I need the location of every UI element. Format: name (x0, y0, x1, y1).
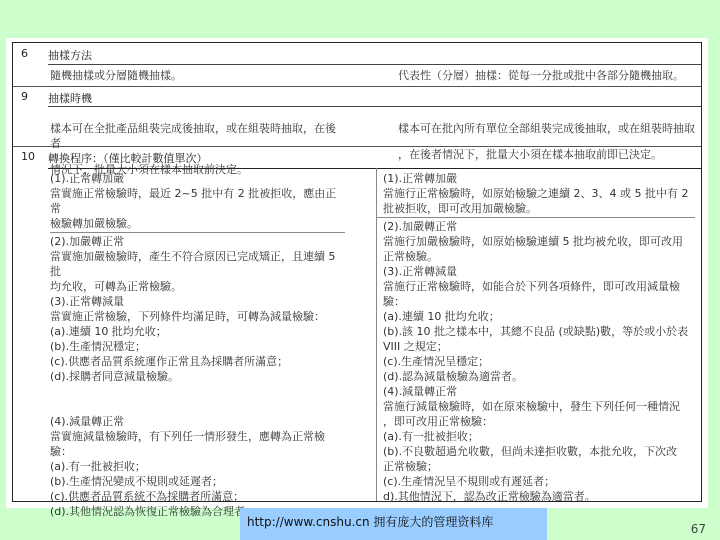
left-cell: 隨機抽樣或分層隨機抽樣。 (50, 68, 345, 83)
divider (376, 217, 695, 218)
row-number: 6 (21, 47, 28, 60)
left-section-4: (4).減量轉正常 當實施減量檢驗時，有下列任一情形發生，應轉為正常檢驗： (a… (50, 414, 345, 519)
left-section-3: (3).正常轉減量 當實施正常檢驗，下列條件均滿足時，可轉為減量檢驗： (a).… (50, 294, 345, 384)
right-section-3: (3).正常轉減量 當施行正常檢驗時，如能合於下列各項條件，即可改用減量檢 驗：… (383, 264, 695, 384)
inspection-table: 6 抽樣方法 隨機抽樣或分層隨機抽樣。 代表性（分層）抽樣：從每一分批或批中各部… (12, 42, 702, 502)
divider (48, 64, 701, 65)
row-number: 10 (21, 150, 35, 163)
divider (48, 168, 701, 169)
page-number: 67 (691, 522, 706, 536)
divider (48, 106, 701, 107)
right-section-2: (2).加嚴轉正常 當施行加嚴檢驗時，如原始檢驗連續 5 批均被允收，即可改用 … (383, 219, 695, 264)
left-section-1: (1).正常轉加嚴 當實施正常檢驗時，最近 2~5 批中有 2 批被拒收，應由正… (50, 171, 345, 231)
scanned-document: 6 抽樣方法 隨機抽樣或分層隨機抽樣。 代表性（分層）抽樣：從每一分批或批中各部… (6, 38, 708, 508)
right-section-4: (4).減量轉正常 當施行減量檢驗時，如在原來檢驗中，發生下列任何一種情況 ，即… (383, 384, 695, 504)
left-section-2: (2).加嚴轉正常 當實施加嚴檢驗時，產生不符合原因已完成矯正，且連續 5 批 … (50, 234, 345, 294)
row-title: 轉換程序：（僅比較計數值單次） (48, 150, 208, 166)
left-conversion-rules: (1).正常轉加嚴 當實施正常檢驗時，最近 2~5 批中有 2 批被拒收，應由正… (50, 171, 345, 519)
divider (50, 232, 345, 233)
footer-banner: http://www.cnshu.cn 拥有庞大的管理资料库 (240, 508, 547, 540)
right-cell: 代表性（分層）抽樣：從每一分批或批中各部分隨機抽取。 (398, 68, 710, 83)
table-row-6: 6 抽樣方法 隨機抽樣或分層隨機抽樣。 代表性（分層）抽樣：從每一分批或批中各部… (13, 43, 701, 87)
table-row-10: 10 轉換程序：（僅比較計數值單次） (1).正常轉加嚴 當實施正常檢驗時，最近… (13, 146, 701, 501)
right-conversion-rules: (1).正常轉加嚴 當施行正常檢驗時，如原始檢驗之連續 2、3、4 或 5 批中… (383, 171, 695, 504)
right-section-1: (1).正常轉加嚴 當施行正常檢驗時，如原始檢驗之連續 2、3、4 或 5 批中… (383, 171, 695, 216)
footer-link-text[interactable]: http://www.cnshu.cn 拥有庞大的管理资料库 (247, 515, 493, 529)
row-number: 9 (21, 90, 28, 103)
row-title: 抽樣時機 (48, 90, 92, 106)
row-title: 抽樣方法 (48, 47, 92, 63)
table-row-9: 9 抽樣時機 樣本可在全批產品組裝完成後抽取，或在組裝時抽取，在後者 情況下，批… (13, 86, 701, 147)
